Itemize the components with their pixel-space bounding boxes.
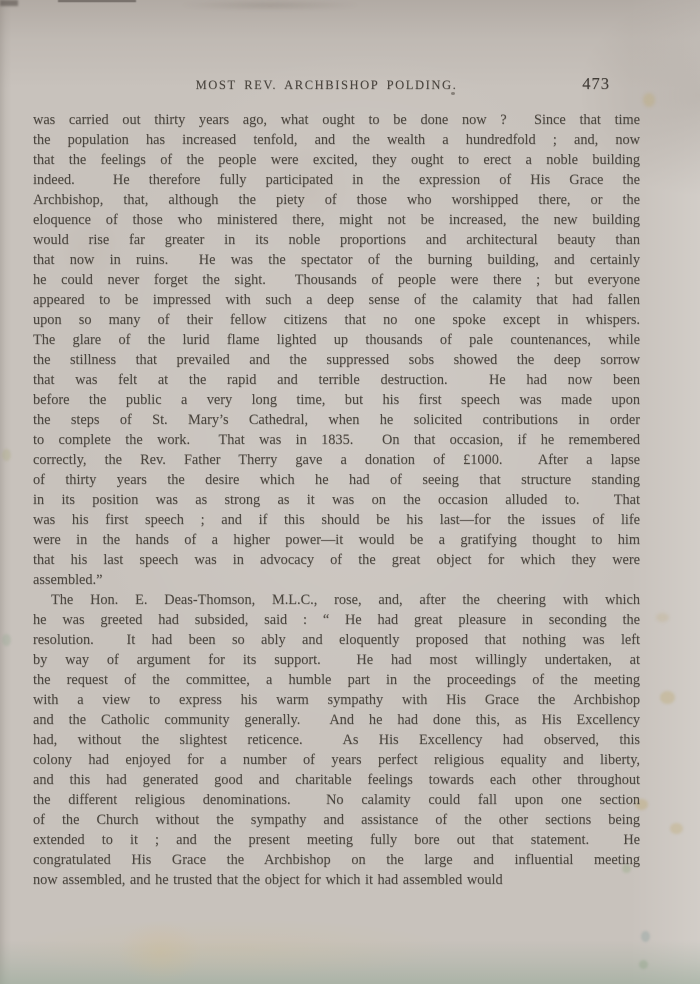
page-number: 473 bbox=[582, 74, 610, 94]
text-line: and the Catholic community generally. An… bbox=[33, 710, 640, 730]
text-line: before the public a very long time, but … bbox=[33, 390, 640, 410]
text-line: that his last speech was in advocacy of … bbox=[33, 550, 640, 570]
text-line: the request of the committee, a humble p… bbox=[33, 670, 640, 690]
text-line: the steps of St. Mary’s Cathedral, when … bbox=[33, 410, 640, 430]
running-header-title: MOST REV. ARCHBISHOP POLDING. bbox=[24, 78, 629, 93]
text-line: he was greeted had subsided, said : “ He… bbox=[33, 610, 640, 630]
text-line: assembled.” bbox=[33, 570, 640, 590]
text-line: the population has increased tenfold, an… bbox=[33, 130, 640, 150]
show-through-smudge bbox=[150, 0, 390, 13]
text-line: that the feelings of the people were exc… bbox=[33, 150, 640, 170]
text-line: had, without the slightest reticence. As… bbox=[33, 730, 640, 750]
text-line: of the Church without the sympathy and a… bbox=[33, 810, 640, 830]
text-line: the different religious denominations. N… bbox=[33, 790, 640, 810]
page-header: MOST REV. ARCHBISHOP POLDING. 473 bbox=[35, 78, 640, 98]
stain bbox=[643, 93, 655, 107]
text-line: that was felt at the rapid and terrible … bbox=[33, 370, 640, 390]
text-line: was carried out thirty years ago, what o… bbox=[33, 110, 640, 130]
text-line: eloquence of those who ministered there,… bbox=[33, 210, 640, 230]
text-line: now assembled, and he trusted that the o… bbox=[33, 870, 640, 890]
text-line: appeared to be impressed with such a dee… bbox=[33, 290, 640, 310]
stain bbox=[2, 449, 11, 461]
text-line: he could never forget the sight. Thousan… bbox=[33, 270, 640, 290]
stain bbox=[656, 613, 669, 622]
scanned-book-page: MOST REV. ARCHBISHOP POLDING. 473 was ca… bbox=[0, 0, 700, 984]
text-line: correctly, the Rev. Father Therry gave a… bbox=[33, 450, 640, 470]
stain bbox=[2, 634, 11, 646]
text-line: to complete the work. That was in 1835. … bbox=[33, 430, 640, 450]
text-line: The glare of the lurid flame lighted up … bbox=[33, 330, 640, 350]
scan-edge-artifact bbox=[58, 0, 136, 2]
text-line: in its position was as strong as it was … bbox=[33, 490, 640, 510]
text-line: was his first speech ; and if this shoul… bbox=[33, 510, 640, 530]
paragraph: The Hon. E. Deas-Thomson, M.L.C., rose, … bbox=[33, 590, 640, 890]
text-line: colony had enjoyed for a number of years… bbox=[33, 750, 640, 770]
text-line: congratulated His Grace the Archbishop o… bbox=[33, 850, 640, 870]
text-line: the stillness that prevailed and the sup… bbox=[33, 350, 640, 370]
text-line: would rise far greater in its noble prop… bbox=[33, 230, 640, 250]
text-line: Archbishop, that, although the piety of … bbox=[33, 190, 640, 210]
text-line: were in the hands of a higher power—it w… bbox=[33, 530, 640, 550]
scan-edge-artifact bbox=[0, 0, 18, 6]
text-line: of thirty years the desire which he had … bbox=[33, 470, 640, 490]
stain bbox=[670, 823, 683, 834]
stain bbox=[639, 960, 648, 969]
stain bbox=[641, 931, 650, 942]
text-line: extended to it ; and the present meeting… bbox=[33, 830, 640, 850]
body-text: was carried out thirty years ago, what o… bbox=[33, 110, 640, 890]
text-line: by way of argument for its support. He h… bbox=[33, 650, 640, 670]
stain bbox=[660, 691, 675, 704]
text-line: indeed. He therefore fully participated … bbox=[33, 170, 640, 190]
text-line: and this had generated good and charitab… bbox=[33, 770, 640, 790]
text-line: with a view to express his warm sympathy… bbox=[33, 690, 640, 710]
text-line: that now in ruins. He was the spectator … bbox=[33, 250, 640, 270]
text-line: upon so many of their fellow citizens th… bbox=[33, 310, 640, 330]
paragraph: was carried out thirty years ago, what o… bbox=[33, 110, 640, 590]
text-line: The Hon. E. Deas-Thomson, M.L.C., rose, … bbox=[33, 590, 640, 610]
text-line: resolution. It had been so ably and eloq… bbox=[33, 630, 640, 650]
